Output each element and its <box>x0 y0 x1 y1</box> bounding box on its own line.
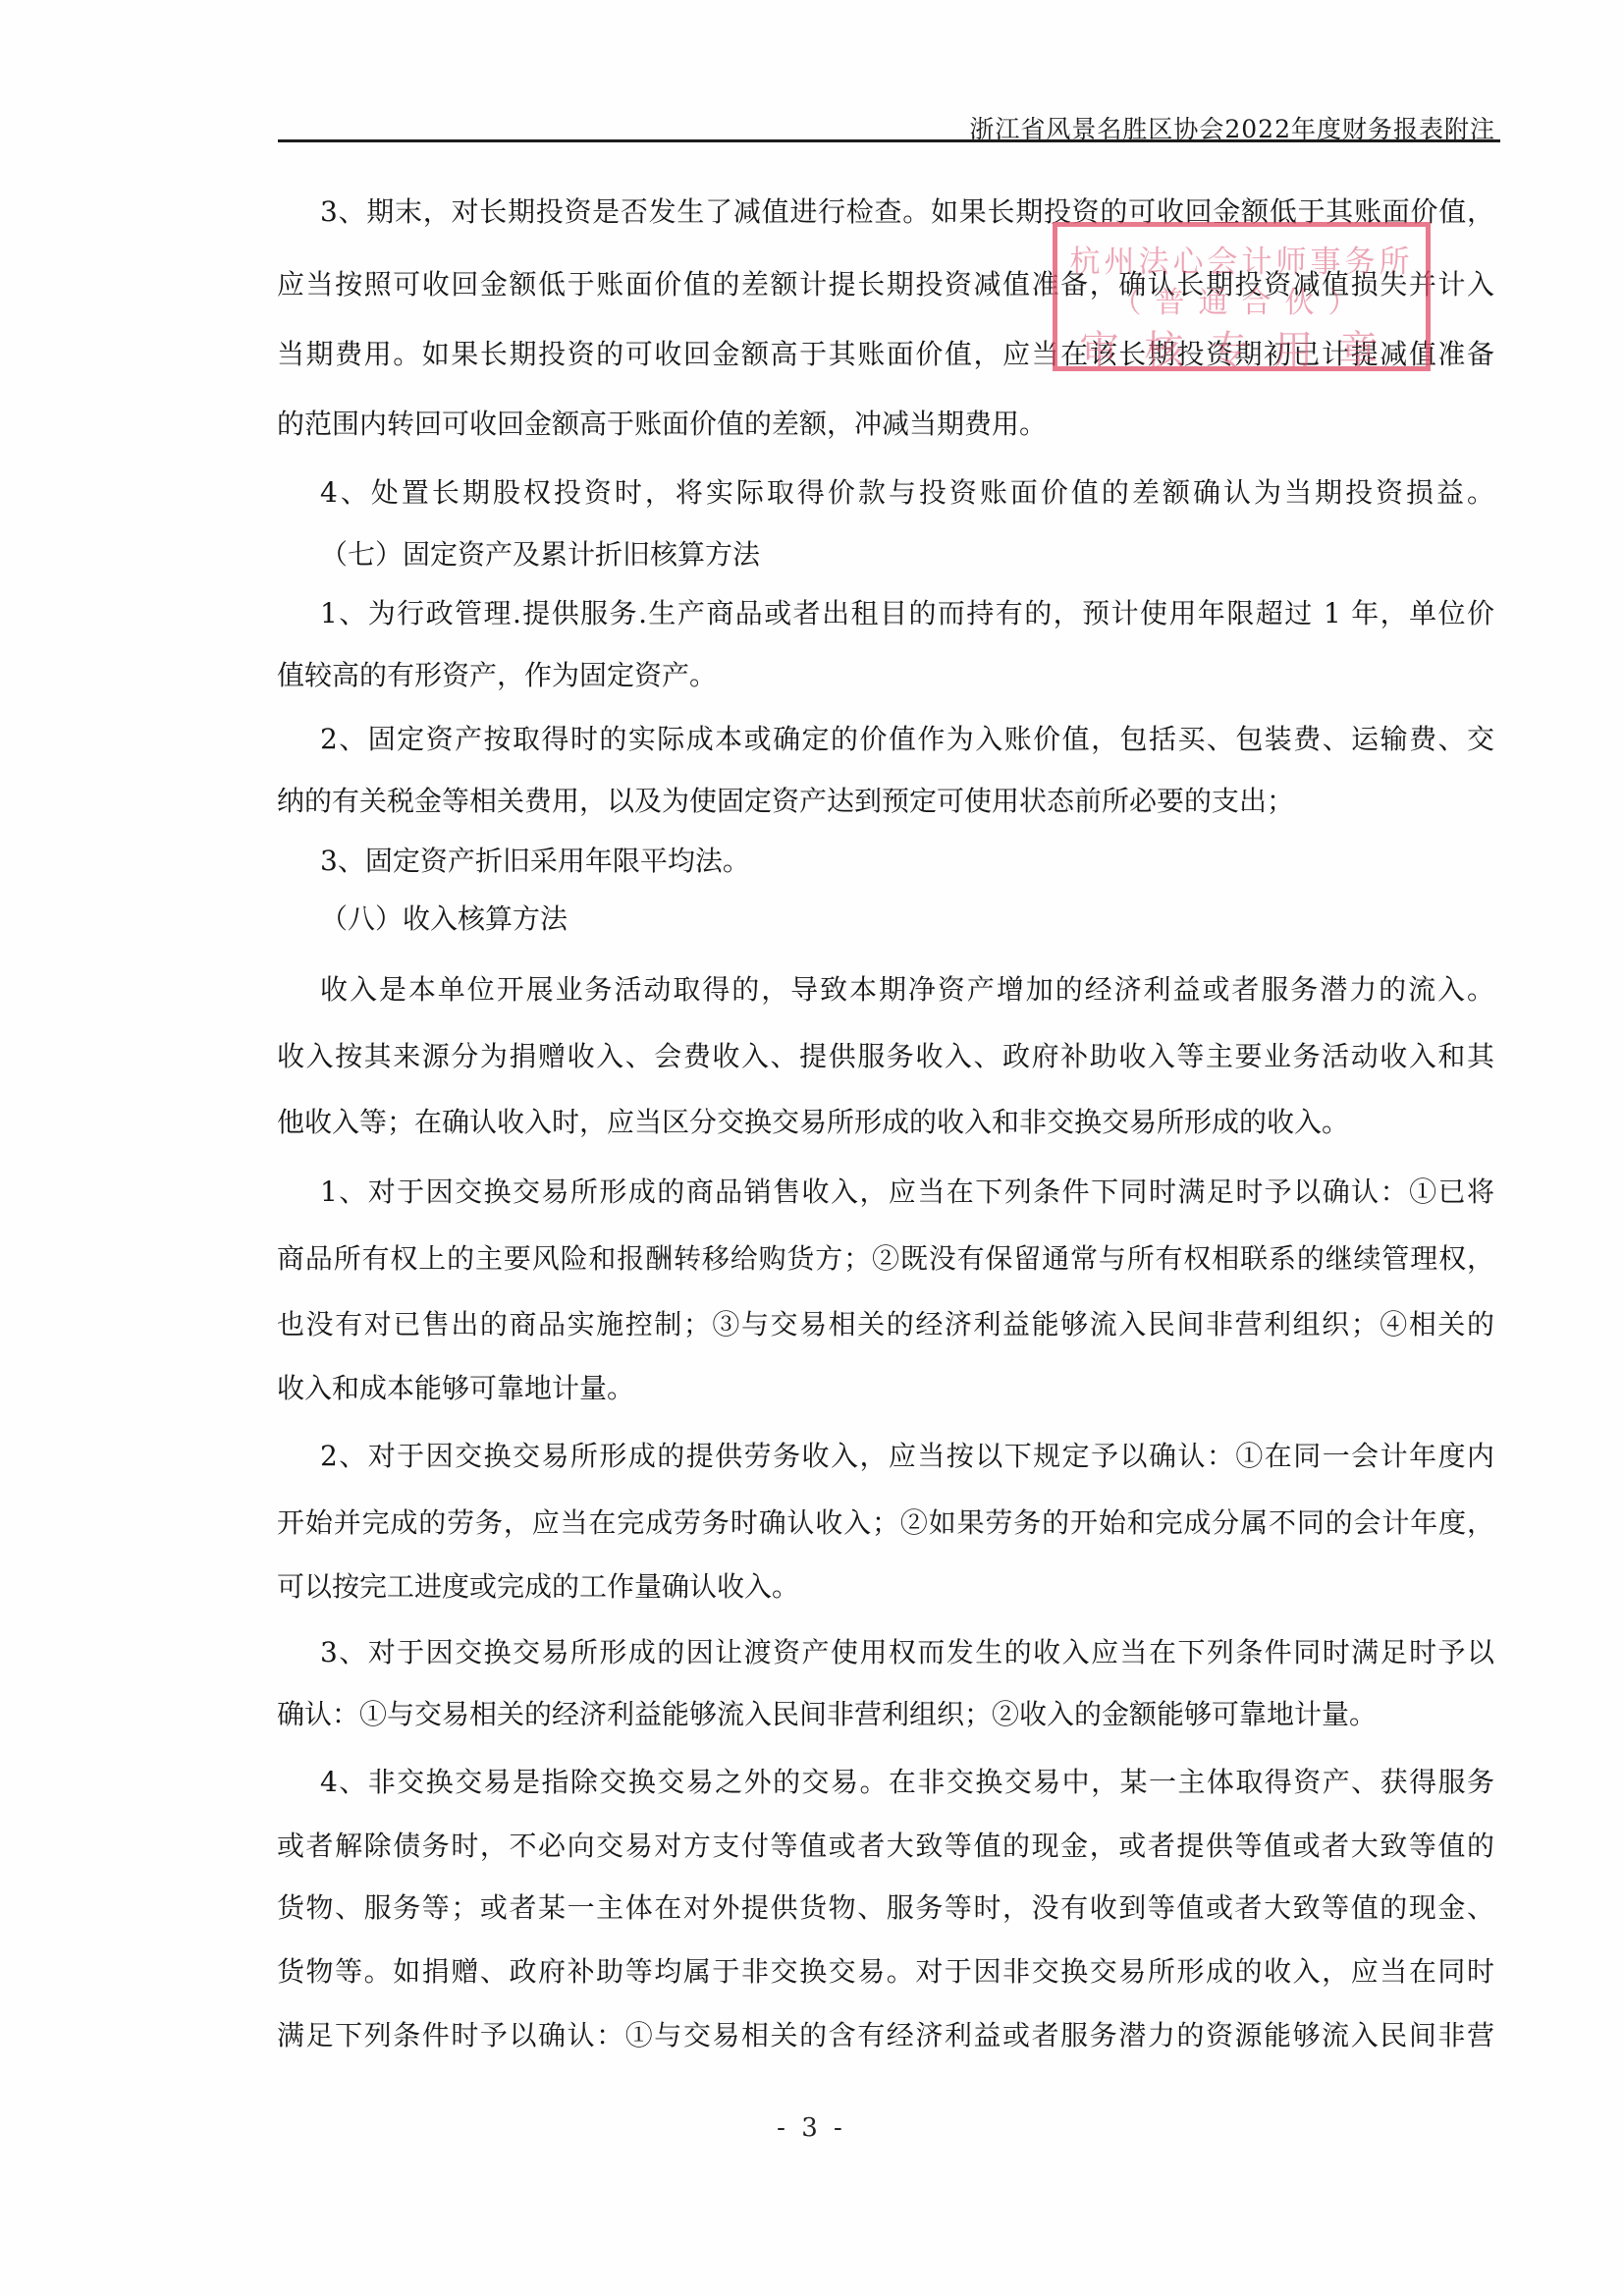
text-line: 可以按完工进度或完成的工作量确认收入。 <box>277 1567 1494 1607</box>
text-line: 确认：①与交易相关的经济利益能够流入民间非营利组织；②收入的金额能够可靠地计量。 <box>277 1695 1494 1734</box>
document-page: 浙江省风景名胜区协会2022年度财务报表附注 3、期末，对长期投资是否发生了减值… <box>0 0 1623 2296</box>
text-line: 2、固定资产按取得时的实际成本或确定的价值作为入账价值，包括买、包装费、运输费、… <box>320 720 1494 759</box>
text-line: 收入是本单位开展业务活动取得的，导致本期净资产增加的经济利益或者服务潜力的流入。 <box>320 970 1494 1010</box>
text-line: 4、非交换交易是指除交换交易之外的交易。在非交换交易中，某一主体取得资产、获得服… <box>320 1763 1494 1802</box>
text-line: 当期费用。如果长期投资的可收回金额高于其账面价值，应当在该长期投资期初已计提减值… <box>277 335 1494 374</box>
text-line: 4、处置长期股权投资时，将实际取得价款与投资账面价值的差额确认为当期投资损益。 <box>320 473 1494 513</box>
text-line: 的范围内转回可收回金额高于账面价值的差额，冲减当期费用。 <box>277 405 1494 444</box>
text-line: 收入按其来源分为捐赠收入、会费收入、提供服务收入、政府补助收入等主要业务活动收入… <box>277 1037 1494 1076</box>
text-line: 或者解除债务时，不必向交易对方支付等值或者大致等值的现金，或者提供等值或者大致等… <box>277 1827 1494 1866</box>
text-line: 收入和成本能够可靠地计量。 <box>277 1369 1494 1408</box>
text-line: 3、对于因交换交易所形成的因让渡资产使用权而发生的收入应当在下列条件同时满足时予… <box>320 1633 1494 1672</box>
section-heading: （七）固定资产及累计折旧核算方法 <box>320 535 1538 574</box>
text-line: 纳的有关税金等相关费用，以及为使固定资产达到预定可使用状态前所必要的支出； <box>277 782 1494 821</box>
text-line: 值较高的有形资产，作为固定资产。 <box>277 656 1494 695</box>
section-heading: （八）收入核算方法 <box>320 900 1538 939</box>
text-line: 货物、服务等；或者某一主体在对外提供货物、服务等时，没有收到等值或者大致等值的现… <box>277 1888 1494 1928</box>
text-line: 3、期末，对长期投资是否发生了减值进行检查。如果长期投资的可收回金额低于其账面价… <box>320 192 1494 232</box>
text-line: 货物等。如捐赠、政府补助等均属于非交换交易。对于因非交换交易所形成的收入，应当在… <box>277 1952 1494 1992</box>
text-line: 1、对于因交换交易所形成的商品销售收入，应当在下列条件下同时满足时予以确认：①已… <box>320 1173 1494 1212</box>
header-divider <box>278 139 1500 142</box>
page-number: - 3 - <box>0 2113 1623 2143</box>
text-line: 应当按照可收回金额低于账面价值的差额计提长期投资减值准备，确认长期投资减值损失并… <box>277 265 1494 304</box>
text-line: 2、对于因交换交易所形成的提供劳务收入，应当按以下规定予以确认：①在同一会计年度… <box>320 1437 1494 1476</box>
text-line: 满足下列条件时予以确认：①与交易相关的含有经济利益或者服务潜力的资源能够流入民间… <box>277 2016 1494 2055</box>
text-line: 商品所有权上的主要风险和报酬转移给购货方；②既没有保留通常与所有权相联系的继续管… <box>277 1239 1494 1279</box>
text-line: 1、为行政管理.提供服务.生产商品或者出租目的而持有的，预计使用年限超过 1 年… <box>320 594 1494 633</box>
text-line: 也没有对已售出的商品实施控制；③与交易相关的经济利益能够流入民间非营利组织；④相… <box>277 1305 1494 1344</box>
text-line: 开始并完成的劳务，应当在完成劳务时确认收入；②如果劳务的开始和完成分属不同的会计… <box>277 1503 1494 1543</box>
text-line: 他收入等；在确认收入时，应当区分交换交易所形成的收入和非交换交易所形成的收入。 <box>277 1103 1494 1142</box>
text-line: 3、固定资产折旧采用年限平均法。 <box>320 842 1494 881</box>
